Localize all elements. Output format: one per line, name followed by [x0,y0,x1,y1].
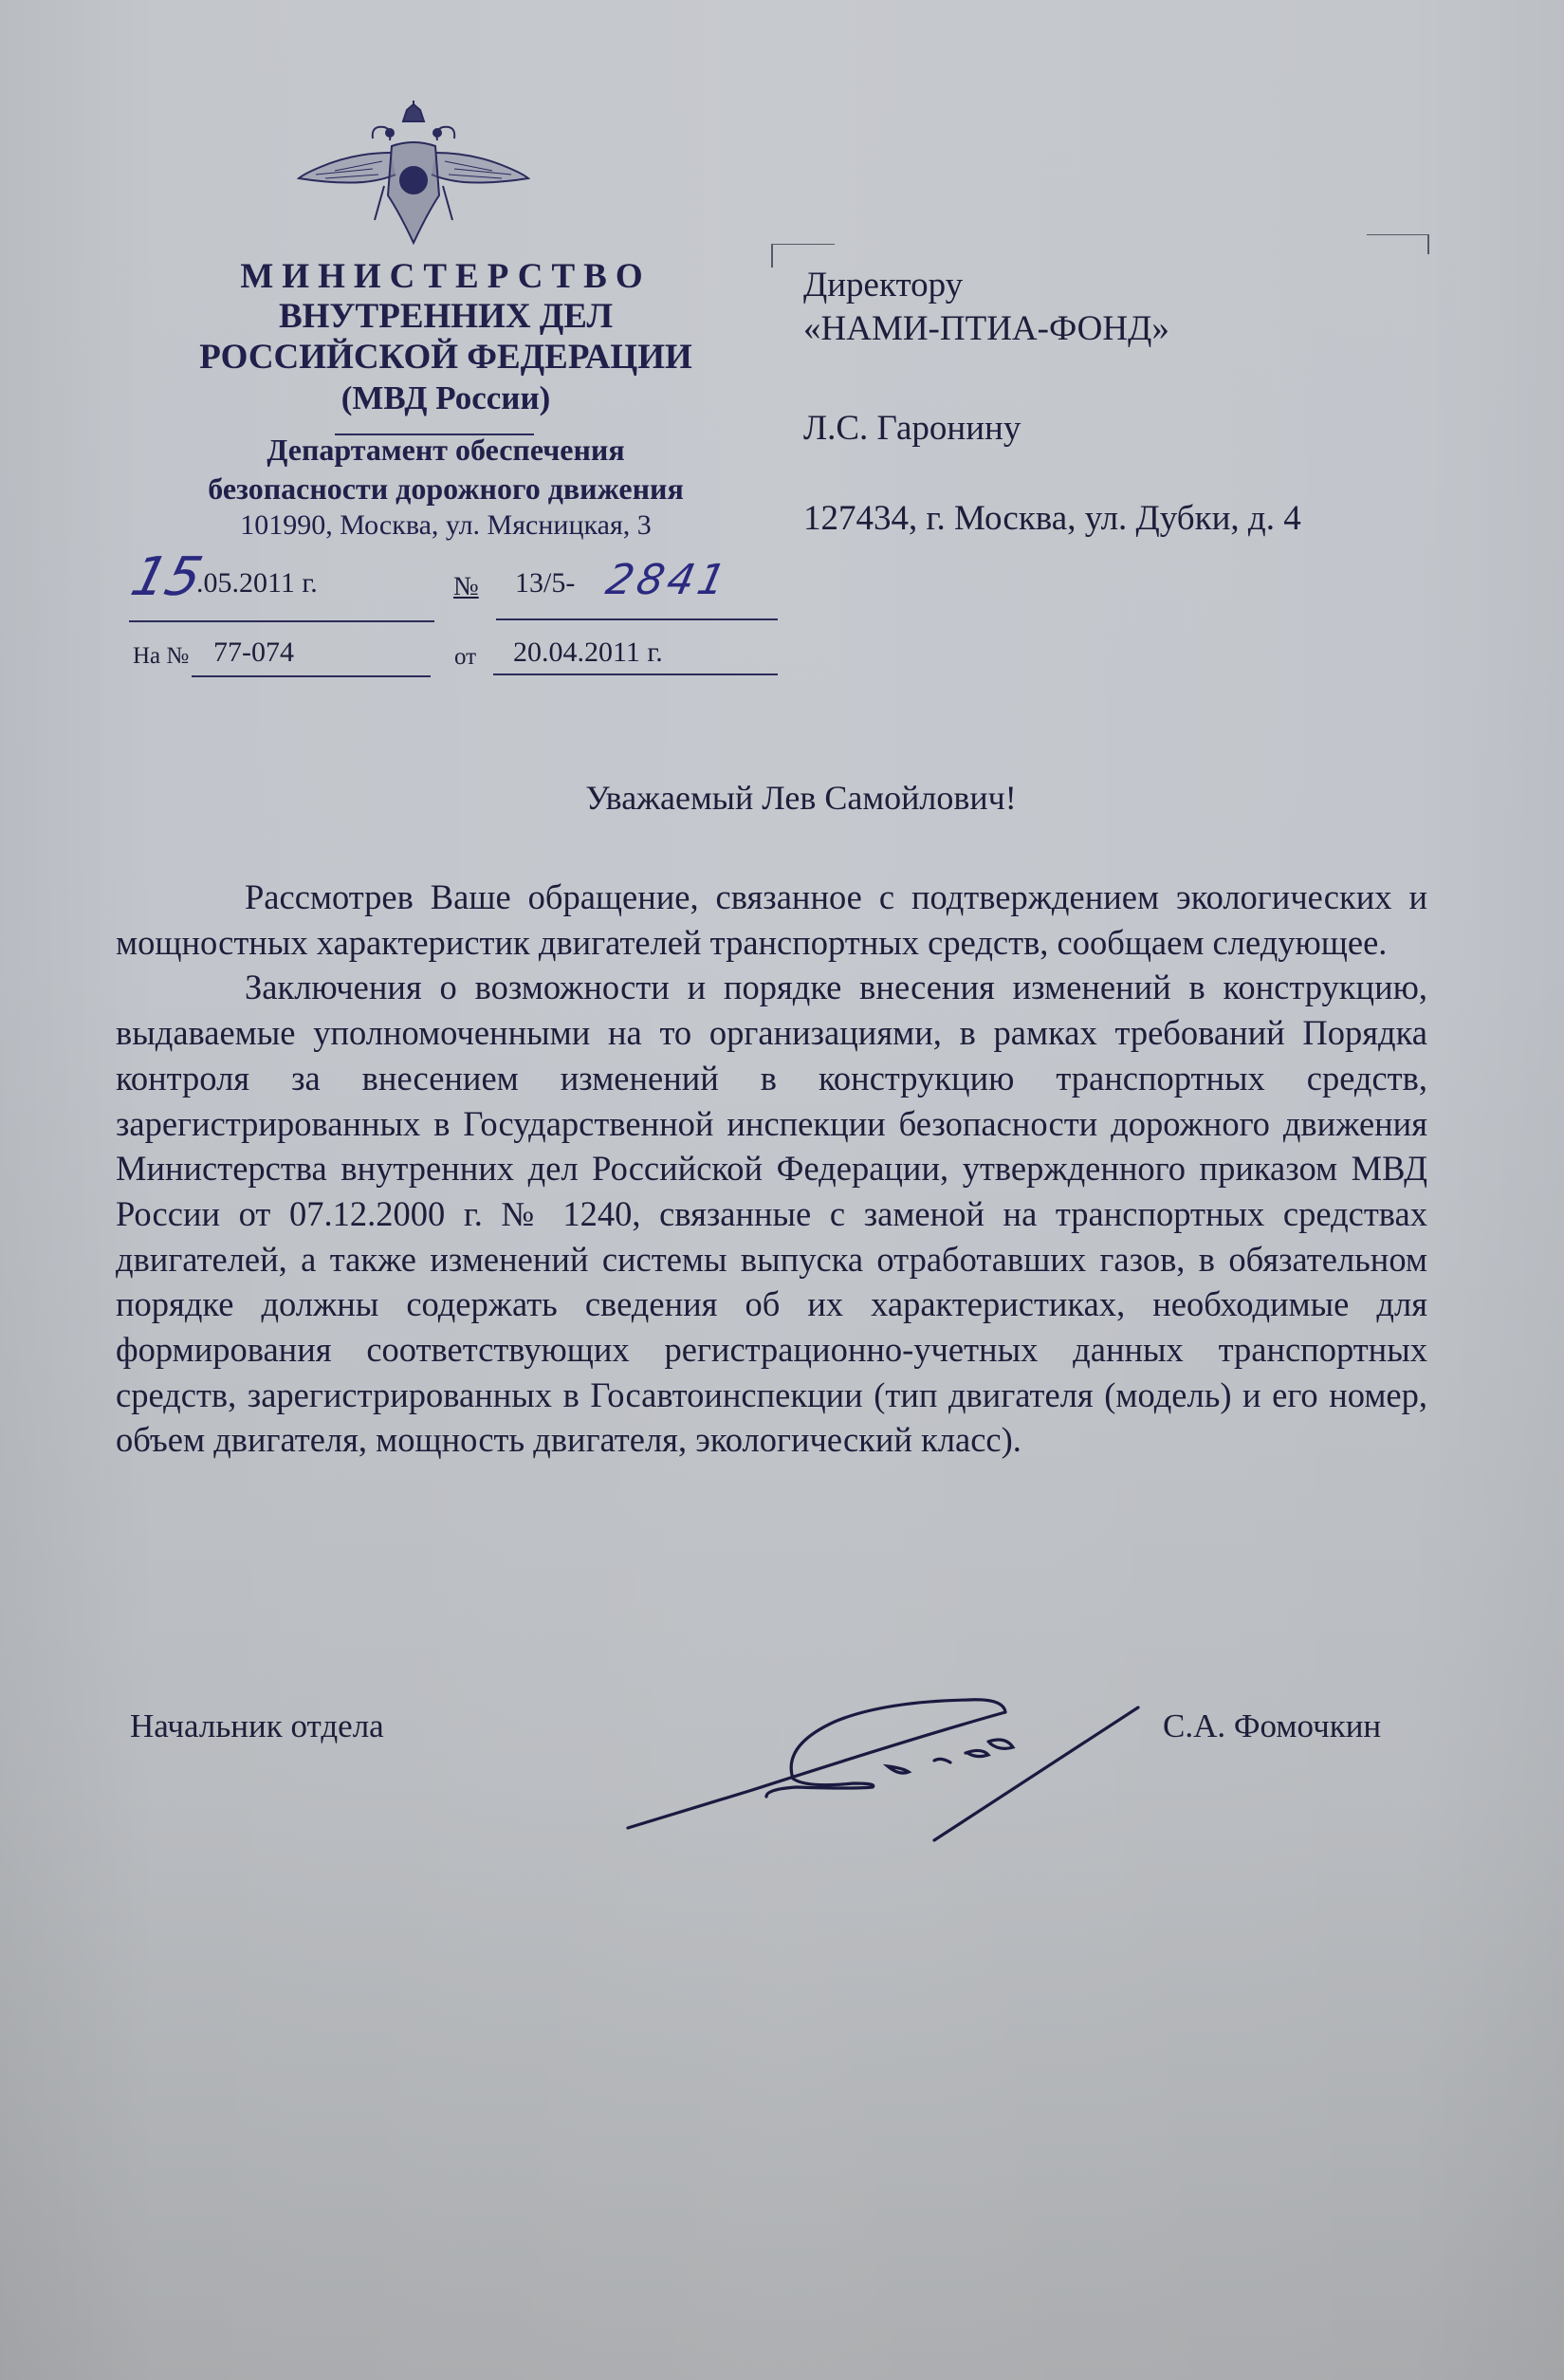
department-name-line1: Департамент обеспечения [142,433,749,468]
department-name-line2: безопасности дорожного движения [142,471,749,507]
date-underline [129,620,434,622]
salutation: Уважаемый Лев Самойлович! [0,778,1564,818]
number-underline [496,618,778,620]
recipient-organization: «НАМИ-ПТИА-ФОНД» [803,308,1169,349]
outgoing-number-prefix: 13/5- [515,567,575,600]
recipient-bracket-right [1367,234,1429,254]
reply-date-underline [493,673,778,675]
reply-to-number: 77-074 [202,637,294,669]
recipient-name: Л.С. Гаронину [803,408,1021,449]
letter-body: Рассмотрев Ваше обращение, связанное с п… [116,875,1427,1463]
signatory-title: Начальник отдела [130,1707,384,1745]
eagle-emblem-icon [297,101,530,245]
outgoing-date: .05.2011 г. [196,567,318,600]
handwritten-outgoing-number: 2841 [602,556,734,604]
reply-from-label: от [454,644,476,671]
number-label: № [453,572,479,602]
body-paragraph: Заключения о возможности и порядке внесе… [116,965,1427,1463]
handwritten-signature-icon [607,1670,1176,1888]
ministry-title-line1: МИНИСТЕРСТВО [142,256,749,297]
reply-number-underline [192,675,431,677]
recipient-position: Директору [803,265,963,305]
ministry-title-line2: ВНУТРЕННИХ ДЕЛ [142,296,749,337]
reply-to-label: На № [133,643,189,670]
ministry-title-line3: РОССИЙСКОЙ ФЕДЕРАЦИИ [142,337,749,378]
body-paragraph: Рассмотрев Ваше обращение, связанное с п… [116,875,1427,965]
sender-address: 101990, Москва, ул. Мясницкая, 3 [142,509,749,542]
recipient-address: 127434, г. Москва, ул. Дубки, д. 4 [803,498,1301,539]
signatory-name: С.А. Фомочкин [1163,1707,1381,1745]
reply-from-date: 20.04.2011 г. [513,637,663,669]
ministry-short-name: (МВД России) [142,379,749,417]
